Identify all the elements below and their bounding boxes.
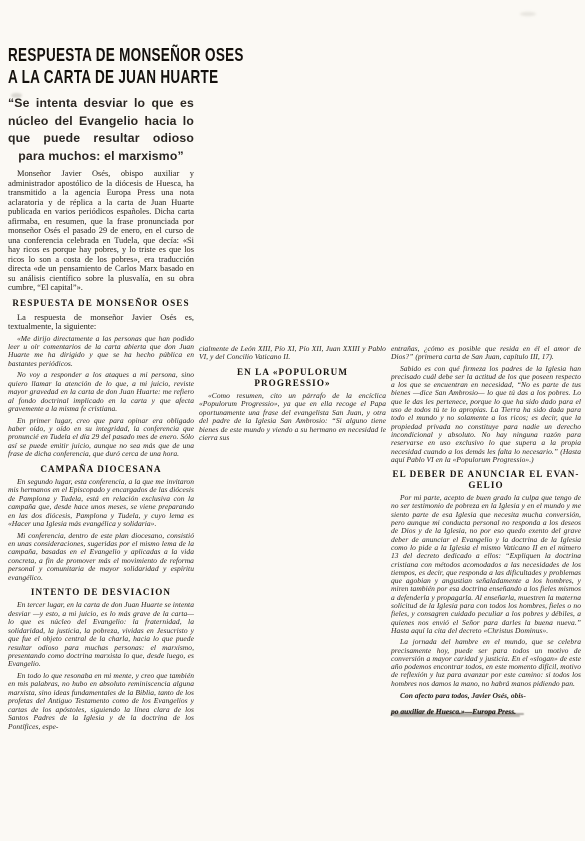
letter-paragraph: Por mi parte, acepto de buen grado la cu…: [391, 494, 581, 635]
column-left: RESPUESTA DE MONSEÑOR OSES A LA CARTA DE…: [8, 44, 194, 731]
newspaper-clipping-page: RESPUESTA DE MONSEÑOR OSES A LA CARTA DE…: [0, 0, 585, 841]
letter-paragraph-continuation: cialmente de León XIII, Pío XI, Pío XII,…: [199, 345, 386, 362]
letter-paragraph: La jornada del hambre en el mundo, que s…: [391, 638, 581, 688]
letter-paragraph: En primer lugar, creo que para opinar er…: [8, 417, 194, 459]
section-heading-populorum: EN LA «POPULORUM PROGRESSIO»: [199, 367, 386, 389]
signature-credit-line-2-marked: po auxiliar de Huesca.»—Europa Press.: [391, 708, 581, 717]
section-heading-respuesta: RESPUESTA DE MONSEÑOR OSES: [8, 298, 194, 309]
letter-paragraph: «Me dirijo directamente a las personas q…: [8, 335, 194, 369]
article-subtitle: “Se intenta desviar lo que es núcleo del…: [8, 95, 194, 165]
letter-paragraph: Sabido es con qué firmeza los padres de …: [391, 365, 581, 465]
letter-paragraph: En segundo lugar, esta conferencia, a la…: [8, 478, 194, 529]
column-middle: cialmente de León XIII, Pío XI, Pío XII,…: [199, 345, 386, 443]
letter-paragraph: En tercer lugar, en la carta de don Juan…: [8, 601, 194, 669]
section-heading-deber: EL DEBER DE ANUNCIAR EL EVAN- GELIO: [391, 469, 581, 491]
letter-paragraph: «Como resumen, cito un párrafo de la enc…: [199, 392, 386, 443]
headline-line-2: A LA CARTA DE JUAN HUARTE: [8, 66, 144, 88]
letter-paragraph: Mi conferencia, dentro de este plan dioc…: [8, 532, 194, 583]
section-heading-campana: CAMPAÑA DIOCESANA: [8, 464, 194, 475]
letter-paragraph: No voy a responder a los ataques a mi pe…: [8, 371, 194, 413]
letter-paragraph: En todo lo que resonaba en mi mente, y c…: [8, 672, 194, 731]
headline-line-1: RESPUESTA DE MONSEÑOR OSES: [8, 44, 144, 66]
letter-paragraph-continuation: entrañas, ¿cómo es posible que resida en…: [391, 345, 581, 362]
column-right: entrañas, ¿cómo es posible que resida en…: [391, 345, 581, 724]
scan-smudge: [520, 12, 536, 16]
intro-paragraph: Monseñor Javier Osés, obispo auxiliar y …: [8, 169, 194, 293]
signature-credit-line-1: Con afecto para todos, Javier Osés, obis…: [391, 692, 581, 700]
section-heading-intento: INTENTO DE DESVIACION: [8, 587, 194, 598]
lead-in-paragraph: La respuesta de monseñor Javier Osés es,…: [8, 313, 194, 332]
